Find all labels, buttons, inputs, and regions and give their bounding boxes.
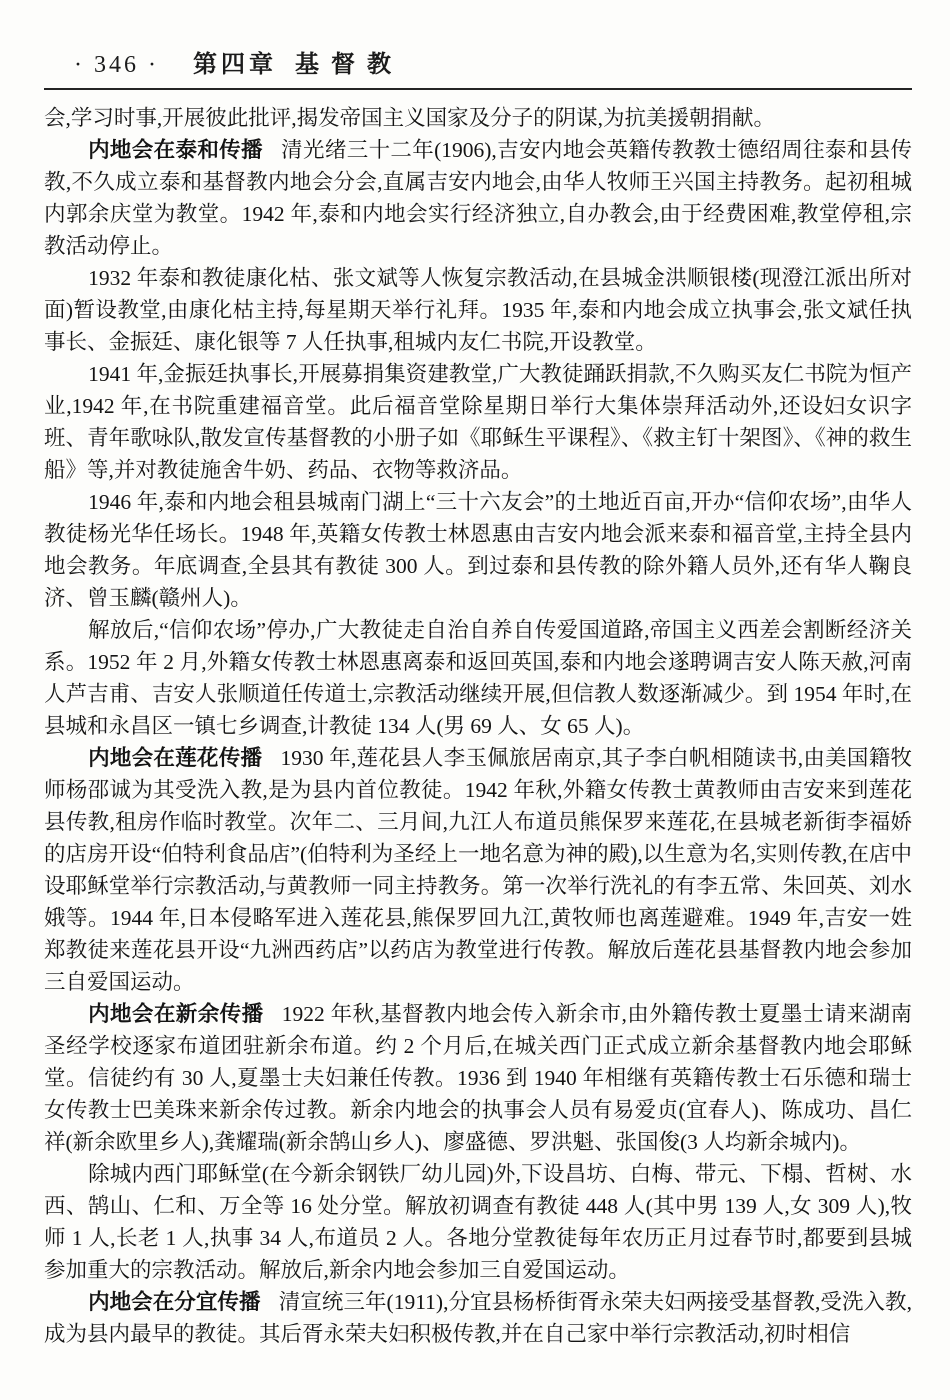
page-number: · 346 · [74,52,159,79]
chapter-title: 基督教 [295,44,403,79]
paragraph: 内地会在莲花传播1930 年,莲花县人李玉佩旅居南京,其子李白帆相随读书,由美国… [44,742,912,998]
paragraph: 1941 年,金振廷执事长,开展募捐集资建教堂,广大教徒踊跃捐款,不久购买友仁书… [44,358,912,486]
paragraph-text: 会,学习时事,开展彼此批评,揭发帝国主义国家及分子的阴谋,为抗美援朝捐献。 [44,106,775,130]
page-body: 会,学习时事,开展彼此批评,揭发帝国主义国家及分子的阴谋,为抗美援朝捐献。 内地… [44,102,912,1350]
header-rule [44,88,912,90]
paragraph: 会,学习时事,开展彼此批评,揭发帝国主义国家及分子的阴谋,为抗美援朝捐献。 [44,102,912,134]
paragraph: 内地会在分宜传播清宣统三年(1911),分宜县杨桥街胥永荣夫妇两接受基督教,受洗… [44,1286,912,1350]
page-header: · 346 · 第四章 基督教 [44,44,912,79]
paragraph-text: 1946 年,泰和内地会租县城南门湖上“三十六友会”的土地近百亩,开办“信仰农场… [44,490,912,610]
section-heading: 内地会在泰和传播 [88,138,263,162]
paragraph-text: 1932 年泰和教徒康化枯、张文斌等人恢复宗教活动,在县城金洪顺银楼(现澄江派出… [44,266,912,354]
paragraph: 除城内西门耶稣堂(在今新余钢铁厂幼儿园)外,下设昌坊、白梅、带元、下榻、哲树、水… [44,1158,912,1286]
chapter-label: 第四章 [193,44,277,79]
paragraph-text: 解放后,“信仰农场”停办,广大教徒走自治自养自传爱国道路,帝国主义西差会割断经济… [44,618,912,738]
paragraph: 1932 年泰和教徒康化枯、张文斌等人恢复宗教活动,在县城金洪顺银楼(现澄江派出… [44,262,912,358]
book-page: · 346 · 第四章 基督教 会,学习时事,开展彼此批评,揭发帝国主义国家及分… [0,0,950,1400]
paragraph-text: 1941 年,金振廷执事长,开展募捐集资建教堂,广大教徒踊跃捐款,不久购买友仁书… [44,362,912,482]
section-heading: 内地会在新余传播 [88,1002,263,1026]
paragraph-text: 1930 年,莲花县人李玉佩旅居南京,其子李白帆相随读书,由美国籍牧师杨邵诚为其… [44,746,912,994]
paragraph: 解放后,“信仰农场”停办,广大教徒走自治自养自传爱国道路,帝国主义西差会割断经济… [44,614,912,742]
paragraph: 内地会在泰和传播清光绪三十二年(1906),吉安内地会英籍传教教士德绍周往泰和县… [44,134,912,262]
paragraph: 1946 年,泰和内地会租县城南门湖上“三十六友会”的土地近百亩,开办“信仰农场… [44,486,912,614]
paragraph-text: 除城内西门耶稣堂(在今新余钢铁厂幼儿园)外,下设昌坊、白梅、带元、下榻、哲树、水… [44,1162,912,1282]
paragraph: 内地会在新余传播1922 年秋,基督教内地会传入新余市,由外籍传教士夏墨士请来湖… [44,998,912,1158]
section-heading: 内地会在莲花传播 [88,746,262,770]
section-heading: 内地会在分宜传播 [88,1290,260,1314]
